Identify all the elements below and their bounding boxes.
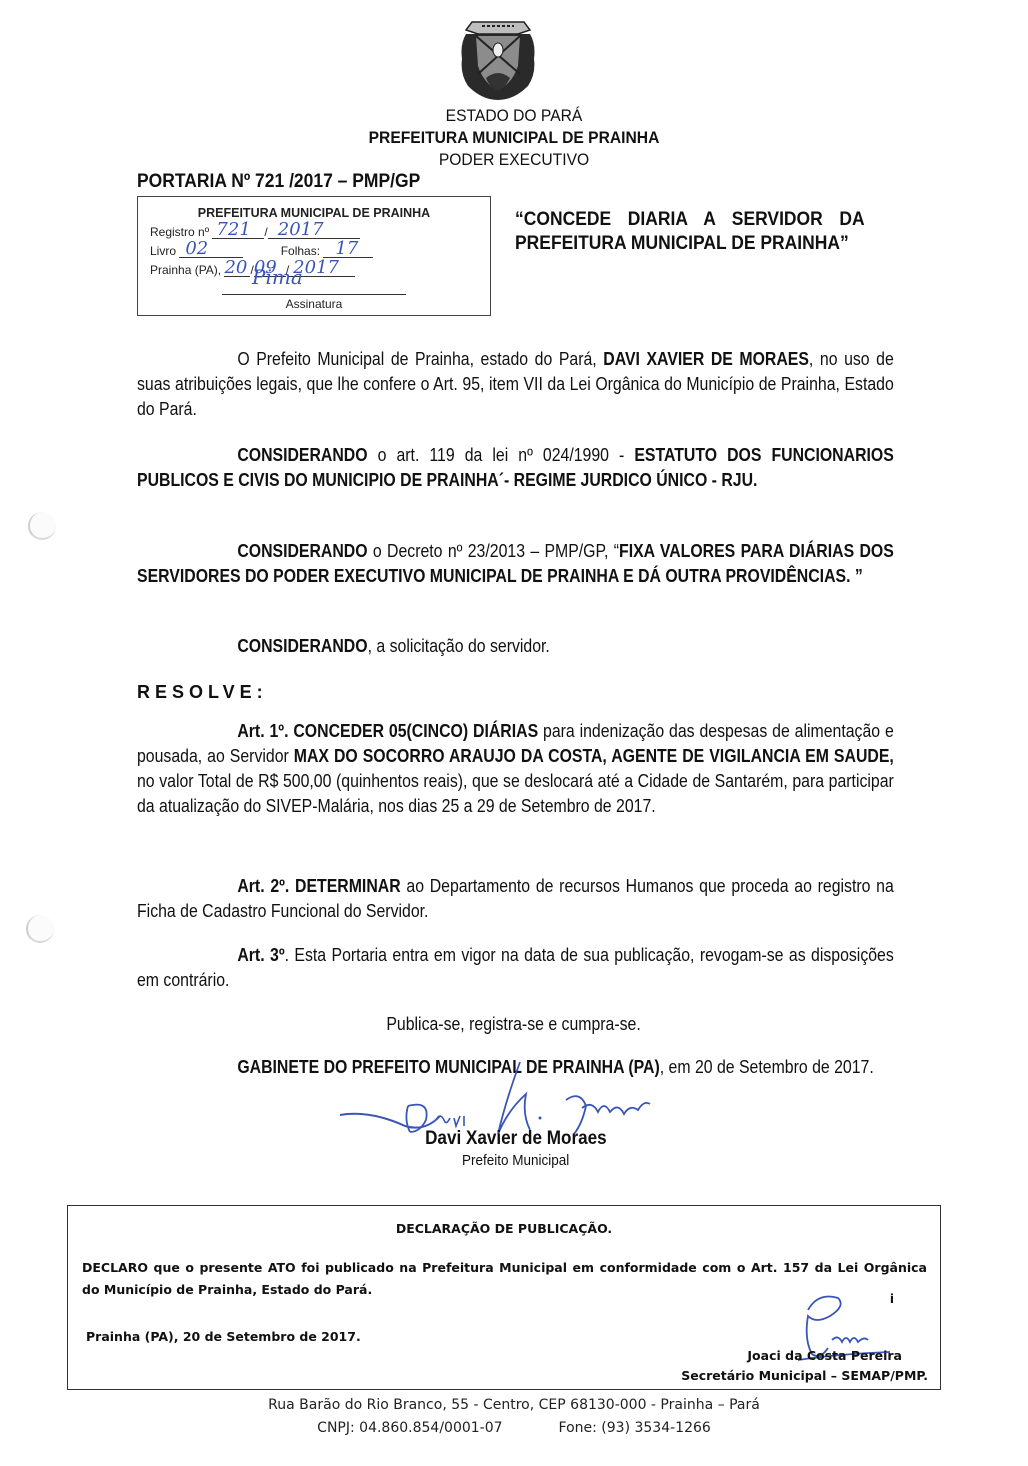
article-1: Art. 1º. CONCEDER 05(CINCO) DIÁRIAS para… bbox=[137, 719, 894, 819]
registration-stamp: PREFEITURA MUNICIPAL DE PRAINHA Registro… bbox=[137, 196, 491, 316]
resolve-heading: RESOLVE: bbox=[137, 682, 268, 703]
considerando-3: CONSIDERANDO, a solicitação do servidor. bbox=[137, 634, 894, 659]
signature-label: Assinatura bbox=[138, 297, 490, 311]
livro-value: 02 bbox=[185, 238, 208, 259]
stamp-title: PREFEITURA MUNICIPAL DE PRAINHA bbox=[138, 206, 490, 220]
article-3: Art. 3º. Esta Portaria entra em vigor na… bbox=[137, 943, 894, 993]
secretary-name: Joaci da Costa Pereira bbox=[747, 1348, 902, 1363]
registro-label: Registro nº bbox=[150, 225, 209, 239]
portaria-number: PORTARIA Nº 721 /2017 – PMP/GP bbox=[137, 171, 420, 193]
closing-formula: Publica-se, registra-se e cumpra-se. bbox=[0, 1014, 1028, 1035]
date-day: 20 bbox=[224, 257, 247, 278]
registro-value: 721 bbox=[216, 219, 250, 240]
stamp-handwritten-signature: Pima bbox=[252, 265, 303, 289]
footer-cnpj: CNPJ: 04.860.854/0001-07 bbox=[317, 1420, 502, 1436]
considerando-1: CONSIDERANDO o art. 119 da lei nº 024/19… bbox=[137, 443, 894, 493]
footer-address: Rua Barão do Rio Branco, 55 - Centro, CE… bbox=[0, 1397, 1028, 1413]
declaration-title: DECLARAÇÃO DE PUBLICAÇÃO. bbox=[68, 1221, 940, 1236]
server-name: MAX DO SOCORRO ARAUJO DA COSTA, AGENTE D… bbox=[294, 746, 894, 766]
header-branch: PODER EXECUTIVO bbox=[41, 150, 987, 170]
mayor-role: Prefeito Municipal bbox=[0, 1152, 1028, 1169]
stamp-livro-row: Livro 02 Folhas: 17 bbox=[150, 244, 373, 258]
article-2: Art. 2º. DETERMINAR ao Departamento de r… bbox=[137, 874, 894, 924]
registro-year: 2017 bbox=[278, 219, 324, 240]
folhas-label: Folhas: bbox=[281, 244, 320, 258]
considerando-2: CONSIDERANDO o Decreto nº 23/2013 – PMP/… bbox=[137, 539, 894, 589]
publication-declaration-box: DECLARAÇÃO DE PUBLICAÇÃO. DECLARO que o … bbox=[67, 1205, 941, 1390]
signature-line bbox=[222, 294, 406, 295]
footer-contacts: CNPJ: 04.860.854/0001-07Fone: (93) 3534-… bbox=[0, 1420, 1028, 1436]
folhas-value: 17 bbox=[335, 238, 358, 259]
punch-hole-top bbox=[28, 512, 56, 540]
secretary-role: Secretário Municipal – SEMAP/PMP. bbox=[681, 1368, 928, 1383]
preamble-paragraph: O Prefeito Municipal de Prainha, estado … bbox=[137, 347, 894, 422]
local-label: Prainha (PA), bbox=[150, 263, 221, 277]
declaration-date: Prainha (PA), 20 de Setembro de 2017. bbox=[86, 1329, 361, 1344]
stamp-registro-row: Registro nº 721/2017 bbox=[150, 225, 360, 239]
header-prefecture: PREFEITURA MUNICIPAL DE PRAINHA bbox=[41, 128, 987, 148]
footer-phone: Fone: (93) 3534-1266 bbox=[559, 1420, 711, 1436]
livro-label: Livro bbox=[150, 244, 176, 258]
coat-of-arms-icon bbox=[452, 14, 544, 102]
ementa-title: “CONCEDE DIARIA A SERVIDOR DA PREFEITURA… bbox=[515, 208, 865, 256]
mayor-name-printed: Davi Xavier de Moraes bbox=[0, 1128, 1028, 1150]
punch-hole-bottom bbox=[26, 915, 54, 943]
mayor-name: DAVI XAVIER DE MORAES bbox=[603, 349, 809, 369]
header-state: ESTADO DO PARÁ bbox=[41, 106, 987, 126]
